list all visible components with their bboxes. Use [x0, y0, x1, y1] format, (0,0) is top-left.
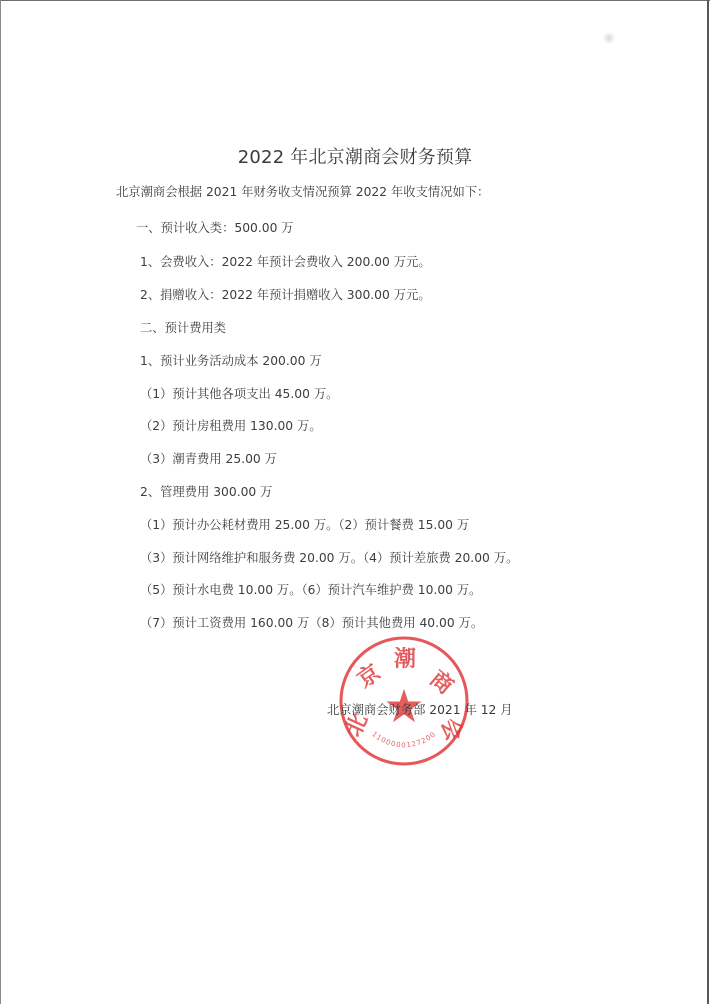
- expense-rent: （2）预计房租费用 130.00 万。: [140, 416, 322, 434]
- scan-speck: [602, 32, 616, 44]
- income-header: 一、预计收入类：500.00 万: [136, 218, 294, 236]
- seal-char-3: 潮: [394, 646, 416, 672]
- expense-management-line-3: （5）预计水电费 10.00 万。（6）预计汽车维护费 10.00 万。: [140, 580, 481, 598]
- expense-other-items: （1）预计其他各项支出 45.00 万。: [140, 384, 338, 402]
- income-item-membership: 1、会费收入：2022 年预计会费收入 200.00 万元。: [140, 252, 431, 270]
- income-item-donation: 2、捐赠收入：2022 年预计捐赠收入 300.00 万元。: [140, 285, 431, 303]
- intro-paragraph: 北京潮商会根据 2021 年财务收支情况预算 2022 年收支情况如下：: [116, 182, 489, 200]
- expense-management-line-2: （3）预计网络维护和服务费 20.00 万。（4）预计差旅费 20.00 万。: [140, 548, 518, 566]
- scan-edge-top: [0, 0, 710, 1]
- expense-management-line-1: （1）预计办公耗材费用 25.00 万。（2）预计餐费 15.00 万: [140, 515, 469, 533]
- expense-youth: （3）潮青费用 25.00 万: [140, 449, 277, 467]
- seal-char-2: 京: [353, 659, 386, 693]
- expense-header: 二、预计费用类: [140, 318, 226, 336]
- expense-business-activity: 1、预计业务活动成本 200.00 万: [140, 351, 322, 369]
- seal-char-4: 商: [425, 666, 459, 700]
- signature-line: 北京潮商会财务部 2021 年 12 月: [327, 700, 513, 718]
- expense-management: 2、管理费用 300.00 万: [140, 482, 272, 500]
- document-title: 2022 年北京潮商会财务预算: [0, 143, 710, 169]
- expense-management-line-4: （7）预计工资费用 160.00 万（8）预计其他费用 40.00 万。: [140, 613, 483, 631]
